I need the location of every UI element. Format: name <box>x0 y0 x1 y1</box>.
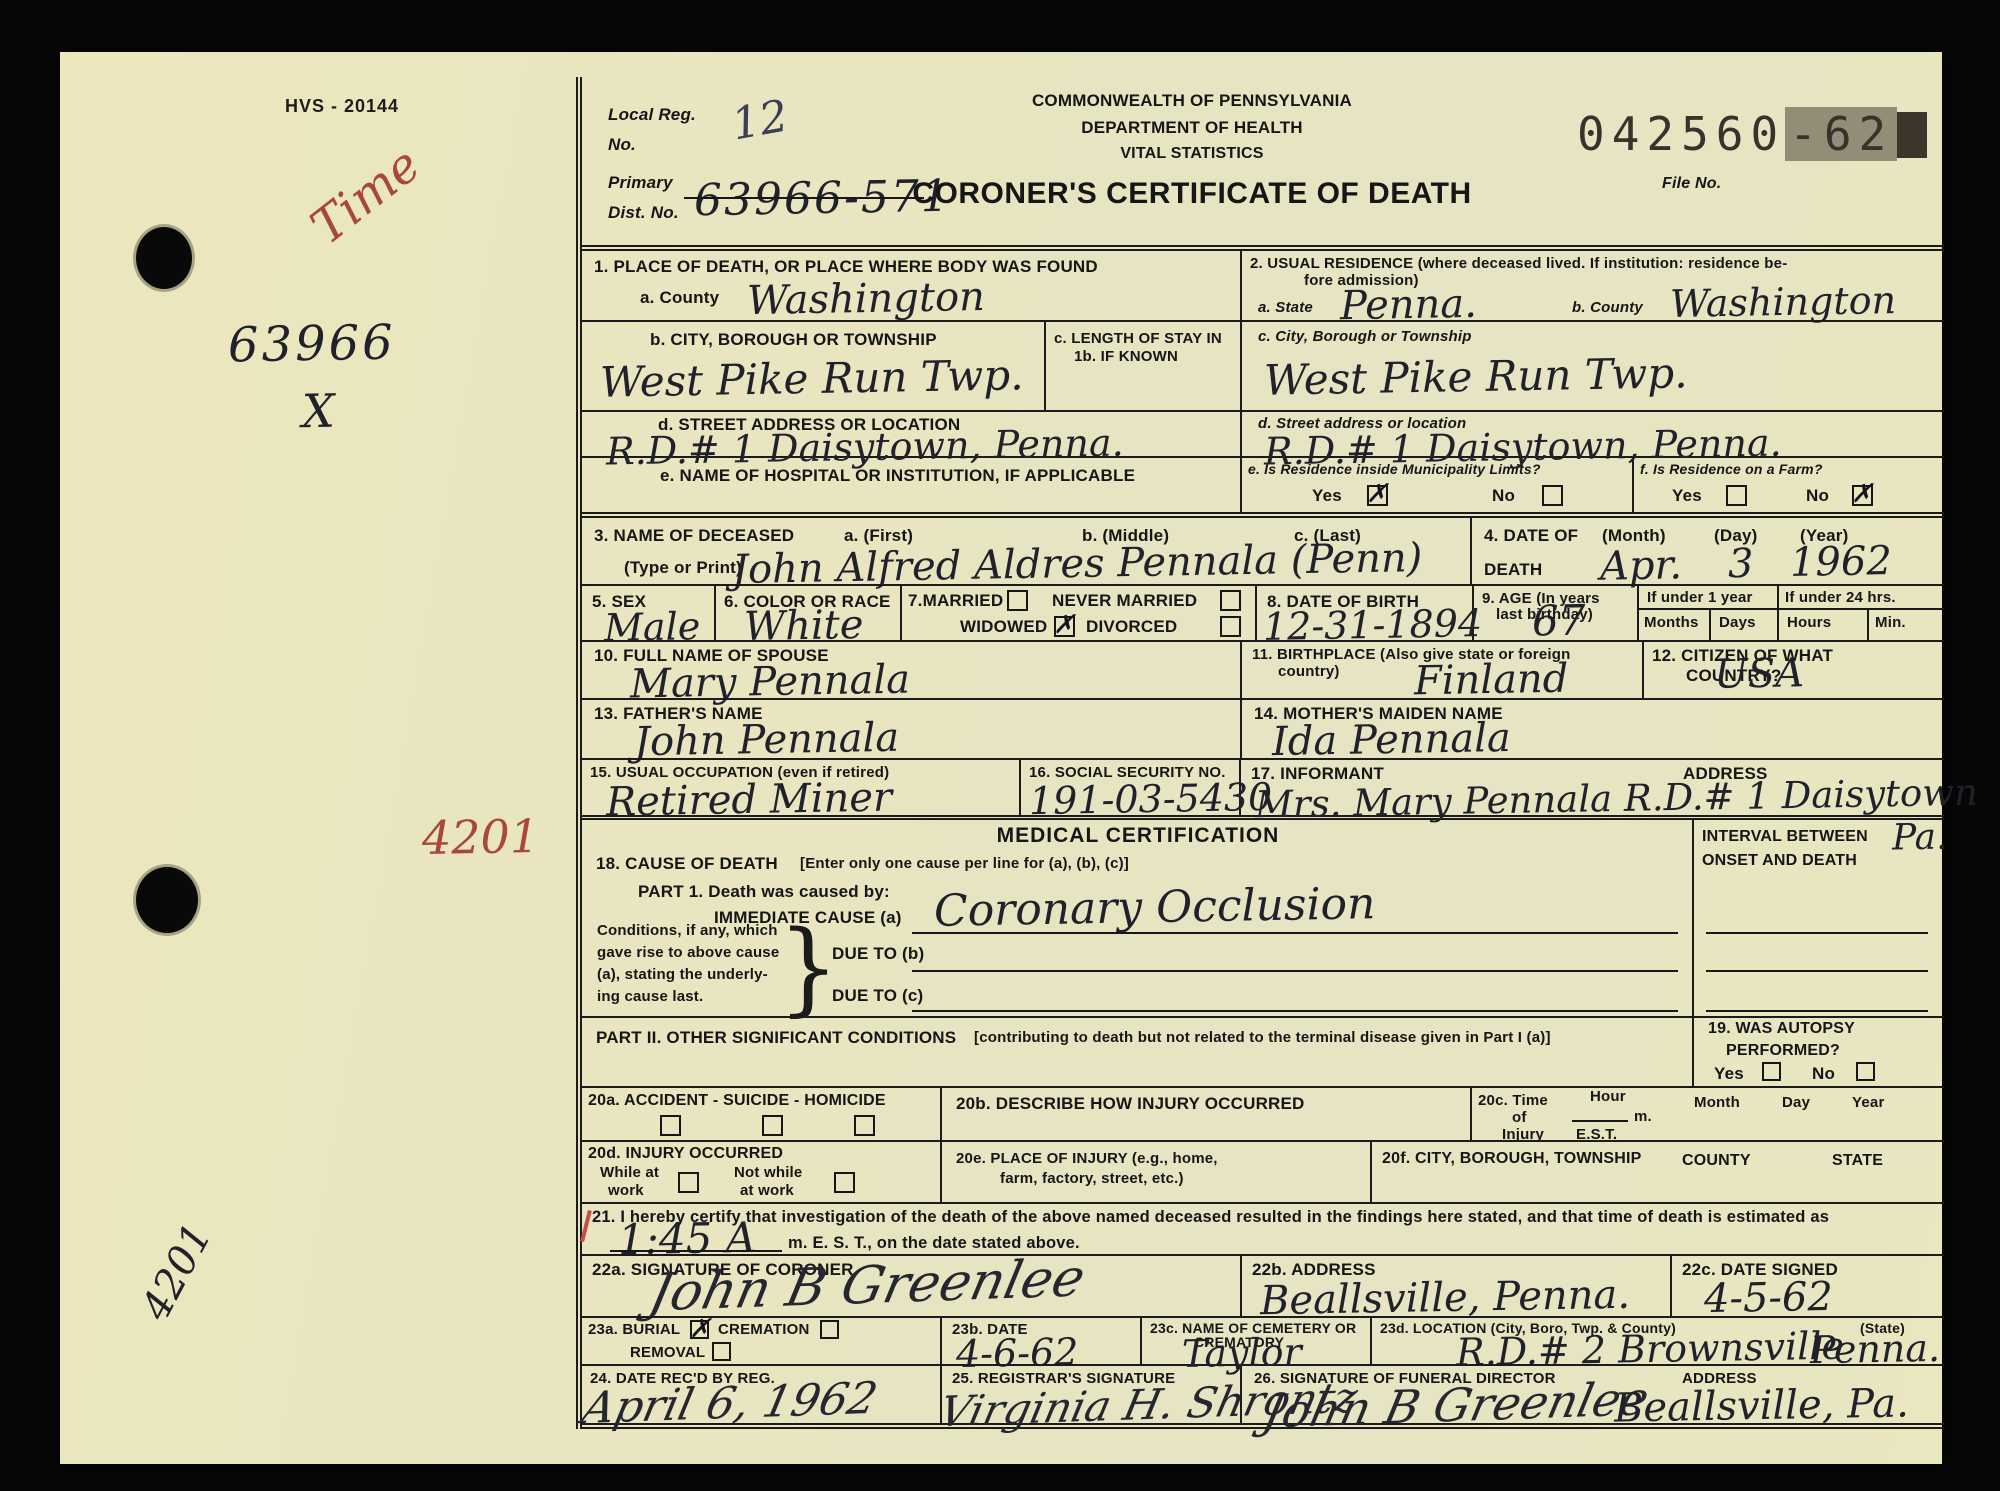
dob-cell: 8. DATE OF BIRTH 12-31-1894 <box>1257 586 1474 640</box>
race-cell: 6. COLOR OR RACE White <box>716 586 902 640</box>
accident-suicide-homicide-cell: 20a. ACCIDENT - SUICIDE - HOMICIDE <box>582 1088 942 1140</box>
death-month-value: Apr. <box>1600 545 1683 586</box>
row-medical-certification: MEDICAL CERTIFICATION 18. CAUSE OF DEATH… <box>582 820 1944 1016</box>
type-print-label: (Type or Print) <box>624 558 742 578</box>
hour-blank-line <box>1572 1120 1628 1122</box>
local-reg-no-label: No. <box>608 135 636 155</box>
mother-value: Ida Pennala <box>1272 718 1511 762</box>
not-work-label: at work <box>740 1182 794 1199</box>
married-label: 7.MARRIED <box>908 591 1003 611</box>
file-no-stamp: 042560-62 <box>1577 107 1927 161</box>
res-city-value: West Pike Run Twp. <box>1264 352 1688 401</box>
funeral-director-address-value: Beallsville, Pa. <box>1614 1383 1909 1428</box>
medical-cert-title: MEDICAL CERTIFICATION <box>582 824 1694 848</box>
county-value: Washington <box>747 277 986 321</box>
coroner-address-value: Beallsville, Penna. <box>1260 1275 1631 1321</box>
row-injury-place: 20d. INJURY OCCURRED While at work Not w… <box>582 1140 1944 1202</box>
interval-cell: INTERVAL BETWEEN ONSET AND DEATH Pa. <box>1694 820 1944 1016</box>
place-of-death-cell: 1. PLACE OF DEATH, OR PLACE WHERE BODY W… <box>582 251 1242 320</box>
conditions-line-3: (a), stating the underly- <box>597 966 768 983</box>
res-county-label: b. County <box>1572 299 1643 316</box>
date-of-death-cell: 4. DATE OF DEATH (Month) (Day) (Year) Ap… <box>1472 518 1944 584</box>
cause-b-line <box>912 970 1678 972</box>
row-place-residence: 1. PLACE OF DEATH, OR PLACE WHERE BODY W… <box>582 245 1944 320</box>
autopsy-cell: 19. WAS AUTOPSY PERFORMED? Yes No <box>1694 1018 1944 1086</box>
street-cell: d. STREET ADDRESS OR LOCATION R.D.# 1 Da… <box>582 412 1242 456</box>
row-accident-injury: 20a. ACCIDENT - SUICIDE - HOMICIDE 20b. … <box>582 1086 1944 1140</box>
margin-number-red: 4201 <box>422 813 540 861</box>
informant-cell: 17. INFORMANT ADDRESS Mrs. Mary Pennala … <box>1241 760 1944 815</box>
interval-label-1: INTERVAL BETWEEN <box>1702 828 1868 846</box>
conditions-brace: } <box>778 909 839 1027</box>
due-to-b-label: DUE TO (b) <box>832 944 924 964</box>
cause-c-line <box>912 1010 1678 1012</box>
org-line-2: DEPARTMENT OF HEALTH <box>832 118 1552 138</box>
org-line-3: VITAL STATISTICS <box>832 145 1552 163</box>
length-of-stay-cell: c. LENGTH OF STAY IN 1b. IF KNOWN <box>1044 322 1242 410</box>
interval-line-a <box>1706 932 1928 934</box>
length-stay-label-2: 1b. IF KNOWN <box>1074 348 1178 365</box>
res-street-cell: d. Street address or location R.D.# 1 Da… <box>1242 412 1944 456</box>
injury-occurred-cell: 20d. INJURY OCCURRED While at work Not w… <box>582 1142 942 1202</box>
res-city-cell: c. City, Borough or Township West Pike R… <box>1242 322 1944 410</box>
autopsy-no-checkbox <box>1856 1062 1875 1081</box>
under-1-year-cell: If under 1 year Months Days <box>1639 586 1779 640</box>
cemetery-location-cell: 23d. LOCATION (City, Boro, Twp. & County… <box>1372 1318 1944 1364</box>
autopsy-label-1: 19. WAS AUTOPSY <box>1708 1020 1855 1038</box>
describe-injury-label: 20b. DESCRIBE HOW INJURY OCCURRED <box>956 1094 1305 1114</box>
row-burial: 23a. BURIAL ✗ CREMATION REMOVAL 23b. DAT… <box>582 1316 1944 1364</box>
file-no-value: 042560 <box>1577 107 1785 161</box>
farm-yes-label: Yes <box>1672 486 1702 506</box>
row-name-date: 3. NAME OF DECEASED (Type or Print) a. (… <box>582 512 1944 584</box>
time-injury-label-1: 20c. Time <box>1478 1092 1548 1109</box>
ssn-value: 191-03-5430 <box>1029 778 1273 820</box>
hours-min-divider <box>1867 608 1869 640</box>
age-cell: 9. AGE (In years last birthday) 67 <box>1474 586 1639 640</box>
hole-punch-bottom <box>136 867 198 933</box>
row-street-address: d. STREET ADDRESS OR LOCATION R.D.# 1 Da… <box>582 410 1944 456</box>
state-label: a. State <box>1258 299 1313 316</box>
days-label: Days <box>1719 614 1756 631</box>
row-sex-race-age: 5. SEX Male 6. COLOR OR RACE White 7.MAR… <box>582 584 1944 640</box>
farm-no-label: No <box>1806 486 1829 506</box>
length-stay-label-1: c. LENGTH OF STAY IN <box>1054 330 1222 347</box>
burial-mark: ✗ <box>689 1314 711 1344</box>
residence-title-1: 2. USUAL RESIDENCE (where deceased lived… <box>1250 255 1787 272</box>
margin-number: 63966 <box>228 319 397 370</box>
injury-city-cell: 20f. CITY, BOROUGH, TOWNSHIP COUNTY STAT… <box>1372 1142 1944 1202</box>
month-col-label: Month <box>1694 1094 1740 1111</box>
autopsy-no-label: No <box>1812 1064 1835 1084</box>
margin-x-mark: X <box>302 388 336 435</box>
autopsy-yes-label: Yes <box>1714 1064 1744 1084</box>
hour-label: Hour <box>1590 1088 1626 1105</box>
removal-label: REMOVAL <box>630 1344 705 1361</box>
date-death-label-1: 4. DATE OF <box>1484 526 1578 546</box>
m-label: m. <box>1634 1108 1652 1125</box>
months-days-divider <box>1709 608 1711 640</box>
citizen-value: USA <box>1714 653 1805 695</box>
citizen-cell: 12. CITIZEN OF WHAT COUNTRY? USA <box>1644 642 1944 698</box>
year-col-label: Year <box>1852 1094 1885 1111</box>
row-occupation-informant: 15. USUAL OCCUPATION (even if retired) R… <box>582 758 1944 820</box>
municipality-yes-checkbox: ✗ <box>1367 485 1388 506</box>
res-county-value: Washington <box>1670 281 1897 323</box>
conditions-line-2: gave rise to above cause <box>597 944 779 961</box>
local-reg-label: Local Reg. <box>608 105 696 125</box>
medical-cert-cell: MEDICAL CERTIFICATION 18. CAUSE OF DEATH… <box>582 820 1694 1016</box>
first-name-label: a. (First) <box>844 526 913 546</box>
name-of-deceased-cell: 3. NAME OF DECEASED (Type or Print) a. (… <box>582 518 1472 584</box>
date-received-cell: 24. DATE REC'D BY REG. April 6, 1962 <box>582 1366 942 1423</box>
red-check-mark <box>580 1210 592 1242</box>
marital-cell: 7.MARRIED NEVER MARRIED WIDOWED ✗ DIVORC… <box>902 586 1257 640</box>
suicide-checkbox <box>762 1115 783 1136</box>
autopsy-yes-checkbox <box>1762 1062 1781 1081</box>
local-reg-value: 12 <box>729 94 792 147</box>
divorced-label: DIVORCED <box>1086 617 1177 637</box>
part2-bracket-note: [contributing to death but not related t… <box>974 1029 1551 1046</box>
margin-note-time: Time <box>303 140 428 253</box>
describe-injury-cell: 20b. DESCRIBE HOW INJURY OCCURRED <box>942 1088 1472 1140</box>
never-married-checkbox <box>1220 590 1241 611</box>
widowed-mark: ✗ <box>1053 610 1075 640</box>
farm-no-checkbox: ✗ <box>1852 485 1873 506</box>
row-part2-autopsy: PART II. OTHER SIGNIFICANT CONDITIONS [c… <box>582 1016 1944 1086</box>
cause-of-death-label: 18. CAUSE OF DEATH <box>596 854 778 874</box>
father-cell: 13. FATHER'S NAME John Pennala <box>582 700 1242 758</box>
age-value: 67 <box>1532 600 1586 643</box>
death-day-value: 3 <box>1728 544 1754 584</box>
married-checkbox <box>1007 590 1028 611</box>
certify-text: 21. I hereby certify that investigation … <box>592 1208 1829 1227</box>
informant-value-2: Pa. <box>1892 820 1948 857</box>
part2-label: PART II. OTHER SIGNIFICANT CONDITIONS <box>596 1028 956 1048</box>
part2-cell: PART II. OTHER SIGNIFICANT CONDITIONS [c… <box>582 1018 1694 1086</box>
cremation-checkbox <box>820 1320 839 1339</box>
injury-state-label: STATE <box>1832 1152 1883 1170</box>
accident-label: 20a. ACCIDENT - SUICIDE - HOMICIDE <box>588 1092 886 1110</box>
spouse-cell: 10. FULL NAME OF SPOUSE Mary Pennala <box>582 642 1242 698</box>
due-to-c-label: DUE TO (c) <box>832 986 923 1006</box>
min-label: Min. <box>1875 614 1906 631</box>
org-line-1: COMMONWEALTH OF PENNSYLVANIA <box>832 91 1552 111</box>
occupation-cell: 15. USUAL OCCUPATION (even if retired) R… <box>582 760 1021 815</box>
coroner-signature: John B Greenlee <box>645 1253 1090 1320</box>
farm-yes-checkbox <box>1726 485 1747 506</box>
row-father-mother: 13. FATHER'S NAME John Pennala 14. MOTHE… <box>582 698 1944 758</box>
homicide-checkbox <box>854 1115 875 1136</box>
injury-city-label: 20f. CITY, BOROUGH, TOWNSHIP <box>1382 1150 1642 1168</box>
file-no-suffix: -62 <box>1785 107 1897 161</box>
name-label: 3. NAME OF DECEASED <box>594 526 794 546</box>
father-value: John Pennala <box>634 718 900 763</box>
certificate-title: CORONER'S CERTIFICATE OF DEATH <box>832 177 1552 211</box>
place-injury-label-2: farm, factory, street, etc.) <box>1000 1170 1184 1187</box>
place-of-injury-cell: 20e. PLACE OF INJURY (e.g., home, farm, … <box>942 1142 1372 1202</box>
scanned-death-certificate: HVS - 20144 Time 63966 X 4201 4201 Local… <box>0 0 2000 1491</box>
divorced-checkbox <box>1220 616 1241 637</box>
date-received-value: April 6, 1962 <box>578 1377 881 1431</box>
interval-line-b <box>1706 970 1928 972</box>
while-work-label: work <box>608 1182 644 1199</box>
injury-occurred-label: 20d. INJURY OCCURRED <box>588 1145 783 1163</box>
informant-value: Mrs. Mary Pennala R.D.# 1 Daisytown <box>1255 774 1978 824</box>
birthplace-value: Finland <box>1414 659 1569 702</box>
part1-label: PART 1. Death was caused by: <box>638 882 890 902</box>
months-label: Months <box>1644 614 1699 631</box>
sex-cell: 5. SEX Male <box>582 586 716 640</box>
row-coroner: 22a. SIGNATURE OF CORONER John B Greenle… <box>582 1254 1944 1316</box>
farm-no-mark: ✗ <box>1851 479 1873 509</box>
burial-label: 23a. BURIAL <box>588 1321 680 1338</box>
hole-punch-top <box>136 227 192 289</box>
stamp-smudge <box>1897 112 1927 158</box>
row-certify: 21. I hereby certify that investigation … <box>582 1202 1944 1254</box>
place-injury-label-1: 20e. PLACE OF INJURY (e.g., home, <box>956 1150 1218 1167</box>
injury-county-label: COUNTY <box>1682 1152 1751 1170</box>
coroner-signature-cell: 22a. SIGNATURE OF CORONER John B Greenle… <box>582 1256 1242 1316</box>
date-signed-value: 4-5-62 <box>1704 1277 1834 1319</box>
form-code-stamp: HVS - 20144 <box>285 96 399 117</box>
widowed-checkbox: ✗ <box>1054 616 1075 637</box>
interval-label-2: ONSET AND DEATH <box>1702 852 1857 870</box>
municipality-yes-label: Yes <box>1312 486 1342 506</box>
primary-label: Primary <box>608 173 673 193</box>
certificate-paper: HVS - 20144 Time 63966 X 4201 4201 Local… <box>60 52 1942 1464</box>
birthplace-label-2: country) <box>1278 663 1340 680</box>
birthplace-cell: 11. BIRTHPLACE (Also give state or forei… <box>1242 642 1644 698</box>
while-at-label: While at <box>600 1164 659 1181</box>
accident-checkbox <box>660 1115 681 1136</box>
header-org-block: COMMONWEALTH OF PENNSYLVANIA DEPARTMENT … <box>832 91 1552 211</box>
ssn-cell: 16. SOCIAL SECURITY NO. 191-03-5430 <box>1021 760 1241 815</box>
cemetery-value: Taylor <box>1182 1333 1302 1373</box>
removal-checkbox <box>712 1342 731 1361</box>
conditions-line-1: Conditions, if any, which <box>597 922 778 939</box>
hours-label: Hours <box>1787 614 1831 631</box>
city-label: b. CITY, BOROUGH OR TOWNSHIP <box>650 330 937 350</box>
row-city-township: b. CITY, BOROUGH OR TOWNSHIP West Pike R… <box>582 320 1944 410</box>
burial-cell: 23a. BURIAL ✗ CREMATION REMOVAL <box>582 1318 942 1364</box>
cremation-label: CREMATION <box>718 1321 810 1338</box>
dist-no-label: Dist. No. <box>608 203 679 223</box>
day-col-label: Day <box>1782 1094 1810 1111</box>
interval-line-c <box>1706 1010 1928 1012</box>
municipality-no-label: No <box>1492 486 1515 506</box>
row-spouse-birthplace: 10. FULL NAME OF SPOUSE Mary Pennala 11.… <box>582 640 1944 698</box>
conditions-line-4: ing cause last. <box>597 988 703 1005</box>
occupation-value: Retired Miner <box>606 778 893 823</box>
place-of-death-title: 1. PLACE OF DEATH, OR PLACE WHERE BODY W… <box>594 257 1098 277</box>
municipality-yes-mark: ✗ <box>1366 479 1388 509</box>
burial-checkbox: ✗ <box>690 1320 709 1339</box>
death-year-value: 1962 <box>1790 541 1892 583</box>
usual-residence-cell: 2. USUAL RESIDENCE (where deceased lived… <box>1242 251 1944 320</box>
city-cell: b. CITY, BOROUGH OR TOWNSHIP West Pike R… <box>582 322 1044 410</box>
cause-bracket-note: [Enter only one cause per line for (a), … <box>800 855 1129 872</box>
not-while-at-work-checkbox <box>834 1172 855 1193</box>
while-at-work-checkbox <box>678 1172 699 1193</box>
res-city-label: c. City, Borough or Township <box>1258 328 1472 345</box>
street-value: R.D.# 1 Daisytown, Penna. <box>606 423 1124 470</box>
time-of-injury-cell: 20c. Time of Injury Hour m. E.S.T. Month… <box>1472 1088 1944 1140</box>
deceased-name-value: John Alfred Aldres Pennala (Penn) <box>732 538 1423 590</box>
under-24-label: If under 24 hrs. <box>1785 589 1896 606</box>
funeral-director-cell: 26. SIGNATURE OF FUNERAL DIRECTOR ADDRES… <box>1242 1366 1944 1423</box>
city-value: West Pike Run Twp. <box>600 354 1024 403</box>
cause-a-value: Coronary Occlusion <box>934 882 1376 934</box>
date-death-label-2: DEATH <box>1484 560 1542 580</box>
widowed-label: WIDOWED <box>960 617 1047 637</box>
not-while-label: Not while <box>734 1164 802 1181</box>
mother-cell: 14. MOTHER'S MAIDEN NAME Ida Pennala <box>1242 700 1944 758</box>
under-1-year-label: If under 1 year <box>1647 589 1753 606</box>
cemetery-cell: 23c. NAME OF CEMETERY OR CREMATORY Taylo… <box>1142 1318 1372 1364</box>
funeral-director-signature: John B Greenlee <box>1260 1375 1653 1434</box>
under-24-hrs-cell: If under 24 hrs. Hours Min. <box>1779 586 1944 640</box>
file-no-label: File No. <box>1662 175 1721 193</box>
date-signed-cell: 22c. DATE SIGNED 4-5-62 <box>1672 1256 1944 1316</box>
municipality-no-checkbox <box>1542 485 1563 506</box>
burial-date-cell: 23b. DATE 4-6-62 <box>942 1318 1142 1364</box>
never-married-label: NEVER MARRIED <box>1052 591 1197 611</box>
time-of-death-underline <box>610 1250 782 1252</box>
autopsy-label-2: PERFORMED? <box>1726 1042 1840 1060</box>
res-street-value: R.D.# 1 Daisytown, Penna. <box>1264 423 1782 470</box>
certificate-form: Local Reg. No. 12 Primary Dist. No. 6396… <box>576 77 1944 1429</box>
coroner-address-cell: 22b. ADDRESS Beallsville, Penna. <box>1242 1256 1672 1316</box>
margin-number-rotated: 4201 <box>135 1218 218 1327</box>
under-24-divider <box>1779 608 1944 610</box>
time-injury-label-2: of <box>1512 1109 1527 1126</box>
county-label: a. County <box>640 288 719 308</box>
